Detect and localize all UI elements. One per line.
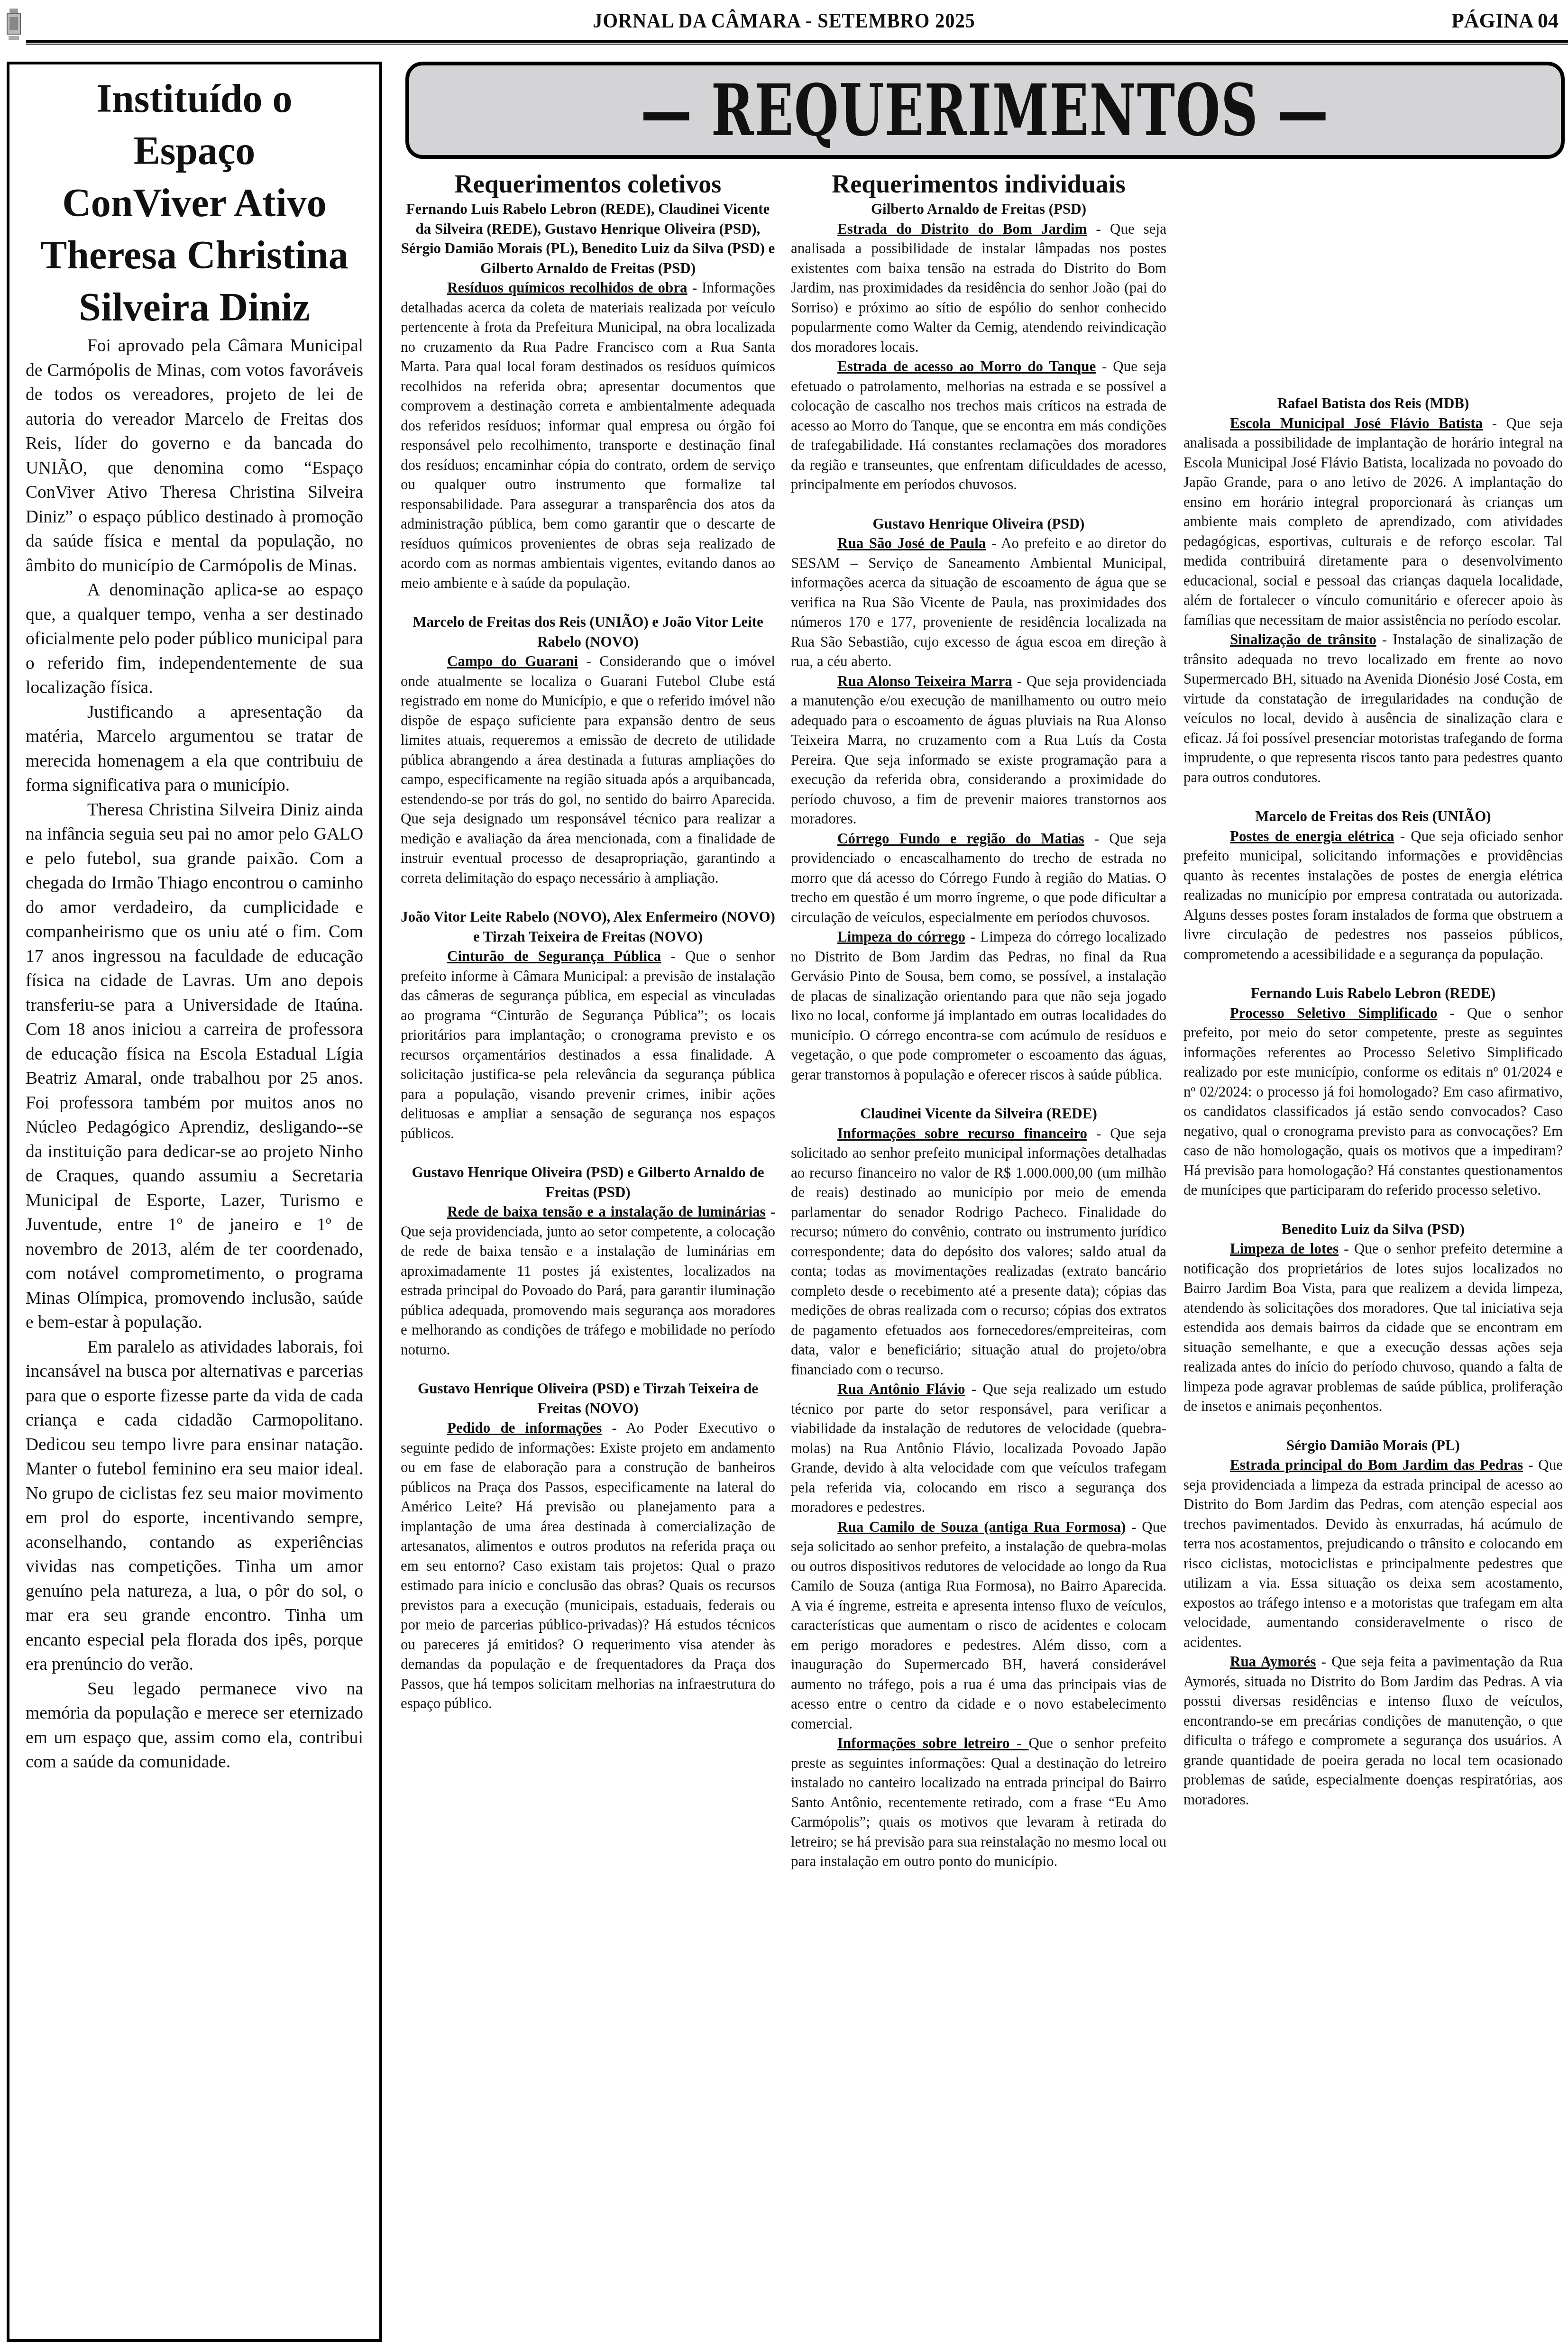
title-line: Instituído o [26,73,363,125]
authors: Fernando Luis Rabelo Lebron (REDE), Clau… [401,199,775,278]
request-text: - Que seja efetuado o patrolamento, melh… [791,358,1166,493]
paragraph: Justificando a apresentação da matéria, … [26,700,363,798]
request-text: - Que o senhor prefeito informe à Câmara… [401,948,775,1142]
column-individuais-2: Rafael Batista dos Reis (MDB) Escola Mun… [1183,171,1563,1809]
request-title: Estrada do Distrito do Bom Jardim [837,220,1087,237]
request-item: Escola Municipal José Flávio Batista - Q… [1183,413,1563,630]
paragraph: Em paralelo as atividades laborais, foi … [26,1335,363,1677]
request-item: Informações sobre letreiro - Que o senho… [791,1733,1166,1871]
request-text: - Instalação de sinalização de trânsito … [1183,631,1563,786]
request-item: Rede de baixa tensão e a instalação de l… [401,1202,775,1359]
request-title: Limpeza do córrego [837,928,965,945]
request-text: - Informações detalhadas acerca da colet… [401,279,775,591]
request-text: - Que o senhor prefeito determine a noti… [1183,1240,1563,1414]
authors: João Vitor Leite Rabelo (NOVO), Alex Enf… [401,907,775,946]
request-text: - Considerando que o imóvel onde atualme… [401,653,775,886]
title-line: ConViver Ativo [26,177,363,229]
title-line: Espaço [26,125,363,177]
authors: Rafael Batista dos Reis (MDB) [1183,394,1563,413]
request-item: Córrego Fundo e região do Matias - Que s… [791,829,1166,927]
authors: Benedito Luiz da Silva (PSD) [1183,1219,1563,1239]
request-text: - Que seja oficiado senhor prefeito muni… [1183,828,1563,962]
request-title: Sinalização de trânsito [1230,631,1376,648]
request-title: Informações sobre letreiro - [837,1735,1028,1751]
authors: Fernando Luis Rabelo Lebron (REDE) [1183,983,1563,1003]
request-title: Rua Aymorés [1230,1653,1316,1670]
authors: Gilberto Arnaldo de Freitas (PSD) [791,199,1166,219]
request-title: Rua Antônio Flávio [837,1381,965,1397]
request-title: Informações sobre recurso financeiro [837,1125,1087,1142]
authors: Marcelo de Freitas dos Reis (UNIÃO) e Jo… [401,612,775,651]
section-banner: — REQUERIMENTOS — [405,62,1565,159]
request-title: Estrada principal do Bom Jardim das Pedr… [1230,1456,1523,1473]
paragraph: Foi aprovado pela Câmara Municipal de Ca… [26,334,363,578]
request-item: Cinturão de Segurança Pública - Que o se… [401,946,775,1143]
header-rule-thin [26,44,1568,45]
request-title: Rua Alonso Teixeira Marra [837,673,1012,689]
banner-title: — REQUERIMENTOS — [641,69,1330,152]
title-line: Silveira Diniz [26,282,363,334]
column-individuais-1: Requerimentos individuais Gilberto Arnal… [791,171,1166,1871]
request-item: Pedido de informações - Ao Poder Executi… [401,1418,775,1713]
left-article-box: Instituído o Espaço ConViver Ativo There… [7,62,382,2342]
paragraph: Seu legado permanece vivo na memória da … [26,1677,363,1775]
request-item: Resíduos químicos recolhidos de obra - I… [401,278,775,593]
request-text: Que o senhor prefeito preste as seguinte… [791,1735,1166,1869]
request-item: Sinalização de trânsito - Instalação de … [1183,630,1563,787]
request-title: Rua São José de Paula [837,535,986,551]
request-item: Processo Seletivo Simplificado - Que o s… [1183,1003,1563,1200]
request-item: Estrada principal do Bom Jardim das Pedr… [1183,1455,1563,1652]
request-title: Postes de energia elétrica [1230,828,1394,844]
request-text: - Que seja feita a pavimentação da Rua A… [1183,1653,1563,1808]
request-title: Processo Seletivo Simplificado [1230,1005,1437,1021]
request-title: Pedido de informações [447,1419,602,1436]
request-title: Rua Camilo de Souza (antiga Rua Formosa) [837,1519,1126,1535]
request-item: Rua Antônio Flávio - Que seja realizado … [791,1379,1166,1517]
left-article-body: Foi aprovado pela Câmara Municipal de Ca… [26,334,363,1775]
title-line: Theresa Christina [26,229,363,282]
request-title: Cinturão de Segurança Pública [447,948,661,964]
request-text: - Limpeza do córrego localizado no Distr… [791,928,1166,1083]
request-item: Rua Camilo de Souza (antiga Rua Formosa)… [791,1517,1166,1734]
request-text: - Ao prefeito e ao diretor do SESAM – Se… [791,535,1166,669]
authors: Gustavo Henrique Oliveira (PSD) e Gilber… [401,1162,775,1202]
request-item: Limpeza do córrego - Limpeza do córrego … [791,927,1166,1084]
request-text: - Que seja providenciada a manutenção e/… [791,673,1166,827]
request-item: Campo do Guarani - Considerando que o im… [401,651,775,888]
request-text: - Que seja analisada a possibilidade de … [1183,415,1563,628]
request-item: Limpeza de lotes - Que o senhor prefeito… [1183,1239,1563,1416]
request-text: - Que seja providenciada, junto ao setor… [401,1203,775,1358]
left-article-title: Instituído o Espaço ConViver Ativo There… [26,73,363,334]
paragraph: Theresa Christina Silveira Diniz ainda n… [26,798,363,1335]
authors: Gustavo Henrique Oliveira (PSD) [791,514,1166,534]
request-item: Rua Aymorés - Que seja feita a pavimenta… [1183,1652,1563,1809]
request-text: - Que seja realizado um estudo técnico p… [791,1381,1166,1515]
request-item: Rua Alonso Teixeira Marra - Que seja pro… [791,671,1166,829]
request-item: Postes de energia elétrica - Que seja of… [1183,826,1563,964]
request-title: Córrego Fundo e região do Matias [837,830,1084,847]
section-heading: Requerimentos individuais [791,171,1166,197]
request-item: Rua São José de Paula - Ao prefeito e ao… [791,533,1166,671]
section-heading: Requerimentos coletivos [401,171,775,197]
paragraph: A denominação aplica-se ao espaço que, a… [26,578,363,700]
request-title: Estrada de acesso ao Morro do Tanque [837,358,1096,375]
request-text: - Que seja analisada a possibilidade de … [791,220,1166,355]
request-title: Campo do Guarani [447,653,578,669]
request-text: - Que seja solicitado ao senhor prefeito… [791,1519,1166,1732]
page-number: PÁGINA 04 [1451,9,1559,33]
request-item: Informações sobre recurso financeiro - Q… [791,1124,1166,1380]
request-text: - Que o senhor prefeito, por meio do set… [1183,1005,1563,1199]
authors: Gustavo Henrique Oliveira (PSD) e Tirzah… [401,1379,775,1418]
column-coletivos: Requerimentos coletivos Fernando Luis Ra… [401,171,775,1713]
authors: Claudinei Vicente da Silveira (REDE) [791,1104,1166,1124]
request-text: - Que seja solicitado ao senhor prefeito… [791,1125,1166,1378]
municipal-coat-of-arms-icon [6,7,22,45]
request-title: Escola Municipal José Flávio Batista [1230,415,1483,431]
request-text: - Que seja providenciada a limpeza da es… [1183,1456,1563,1650]
authors: Marcelo de Freitas dos Reis (UNIÃO) [1183,806,1563,826]
request-title: Rede de baixa tensão e a instalação de l… [447,1203,766,1220]
page-header: JORNAL DA CÂMARA - SETEMBRO 2025 PÁGINA … [0,0,1568,52]
request-title: Limpeza de lotes [1230,1240,1339,1257]
request-item: Estrada de acesso ao Morro do Tanque - Q… [791,357,1166,494]
request-title: Resíduos químicos recolhidos de obra [447,279,688,296]
journal-title: JORNAL DA CÂMARA - SETEMBRO 2025 [63,9,1505,33]
request-item: Estrada do Distrito do Bom Jardim - Que … [791,219,1166,357]
request-text: - Ao Poder Executivo o seguinte pedido d… [401,1419,775,1711]
header-rule [26,40,1568,43]
authors: Sérgio Damião Morais (PL) [1183,1436,1563,1455]
